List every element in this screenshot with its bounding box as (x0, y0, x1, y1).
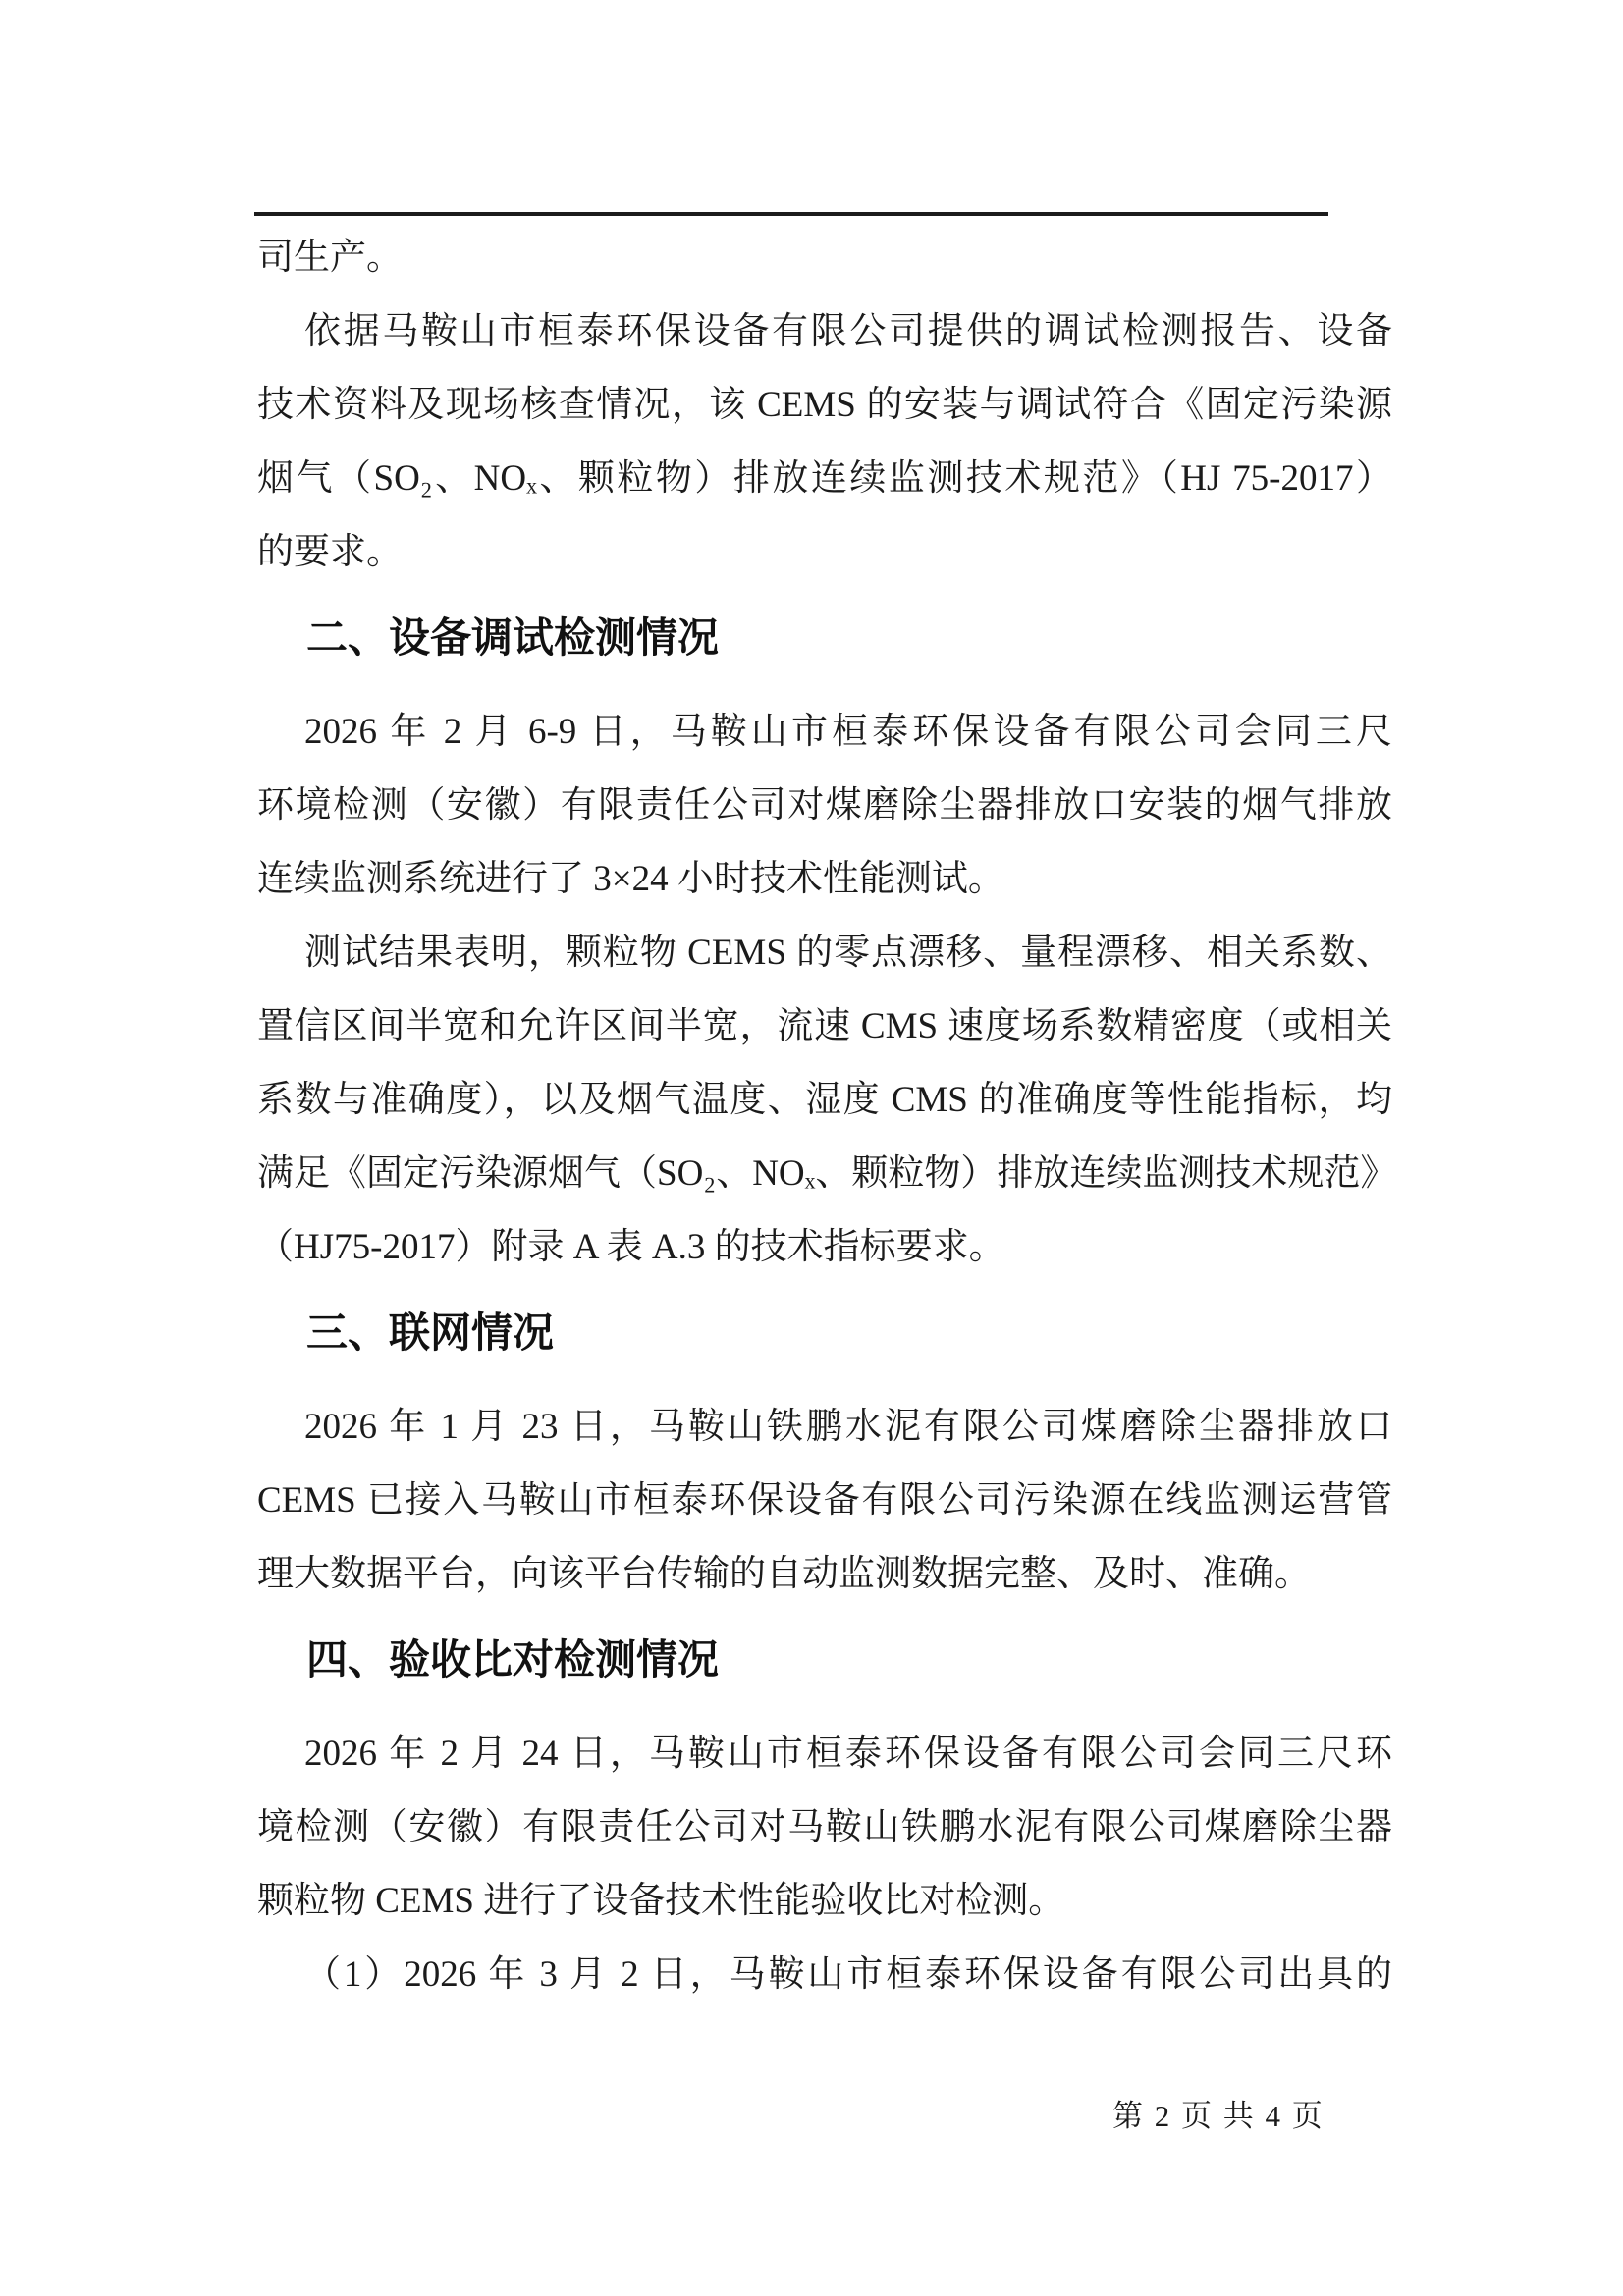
text-line: CEMS 已接入马鞍山市桓泰环保设备有限公司污染源在线监测运营管 (257, 1464, 1392, 1537)
text-line: 置信区间半宽和允许区间半宽，流速 CMS 速度场系数精密度（或相关 (257, 989, 1392, 1063)
section-heading-4: 四、验收比对检测情况 (257, 1623, 1392, 1696)
text-line: 系数与准确度），以及烟气温度、湿度 CMS 的准确度等性能指标，均 (257, 1063, 1392, 1137)
divider-rule (254, 212, 1328, 216)
page-footer: 第 2 页 共 4 页 (1112, 2097, 1325, 2136)
text-line: （HJ75-2017）附录 A 表 A.3 的技术指标要求。 (257, 1210, 1392, 1284)
text-line: 测试结果表明，颗粒物 CEMS 的零点漂移、量程漂移、相关系数、 (257, 916, 1392, 989)
document-body: 司生产。 依据马鞍山市桓泰环保设备有限公司提供的调试检测报告、设备 技术资料及现… (257, 221, 1392, 2011)
text-line: 技术资料及现场核查情况，该 CEMS 的安装与调试符合《固定污染源 (257, 368, 1392, 442)
section-heading-3: 三、联网情况 (257, 1296, 1392, 1369)
text-line: 环境检测（安徽）有限责任公司对煤磨除尘器排放口安装的烟气排放 (257, 769, 1392, 842)
text-line: 2026 年 2 月 24 日，马鞍山市桓泰环保设备有限公司会同三尺环 (257, 1717, 1392, 1790)
text-line: 的要求。 (257, 515, 1392, 589)
text-line: 颗粒物 CEMS 进行了设备技术性能验收比对检测。 (257, 1864, 1392, 1938)
text-line: 司生产。 (257, 221, 1392, 294)
text-line: 连续监测系统进行了 3×24 小时技术性能测试。 (257, 842, 1392, 916)
text-line: 2026 年 2 月 6-9 日，马鞍山市桓泰环保设备有限公司会同三尺 (257, 695, 1392, 769)
text-line: 烟气（SO₂、NOₓ、颗粒物）排放连续监测技术规范》（HJ 75-2017） (257, 442, 1392, 515)
text-line: 理大数据平台，向该平台传输的自动监测数据完整、及时、准确。 (257, 1537, 1392, 1611)
text-line: 2026 年 1 月 23 日，马鞍山铁鹏水泥有限公司煤磨除尘器排放口 (257, 1390, 1392, 1464)
text-line: 境检测（安徽）有限责任公司对马鞍山铁鹏水泥有限公司煤磨除尘器 (257, 1790, 1392, 1864)
text-line: 依据马鞍山市桓泰环保设备有限公司提供的调试检测报告、设备 (257, 294, 1392, 368)
text-line: （1）2026 年 3 月 2 日，马鞍山市桓泰环保设备有限公司出具的 (257, 1938, 1392, 2011)
section-heading-2: 二、设备调试检测情况 (257, 601, 1392, 674)
text-line: 满足《固定污染源烟气（SO₂、NOₓ、颗粒物）排放连续监测技术规范》 (257, 1137, 1392, 1210)
document-page: 司生产。 依据马鞍山市桓泰环保设备有限公司提供的调试检测报告、设备 技术资料及现… (0, 0, 1623, 2296)
